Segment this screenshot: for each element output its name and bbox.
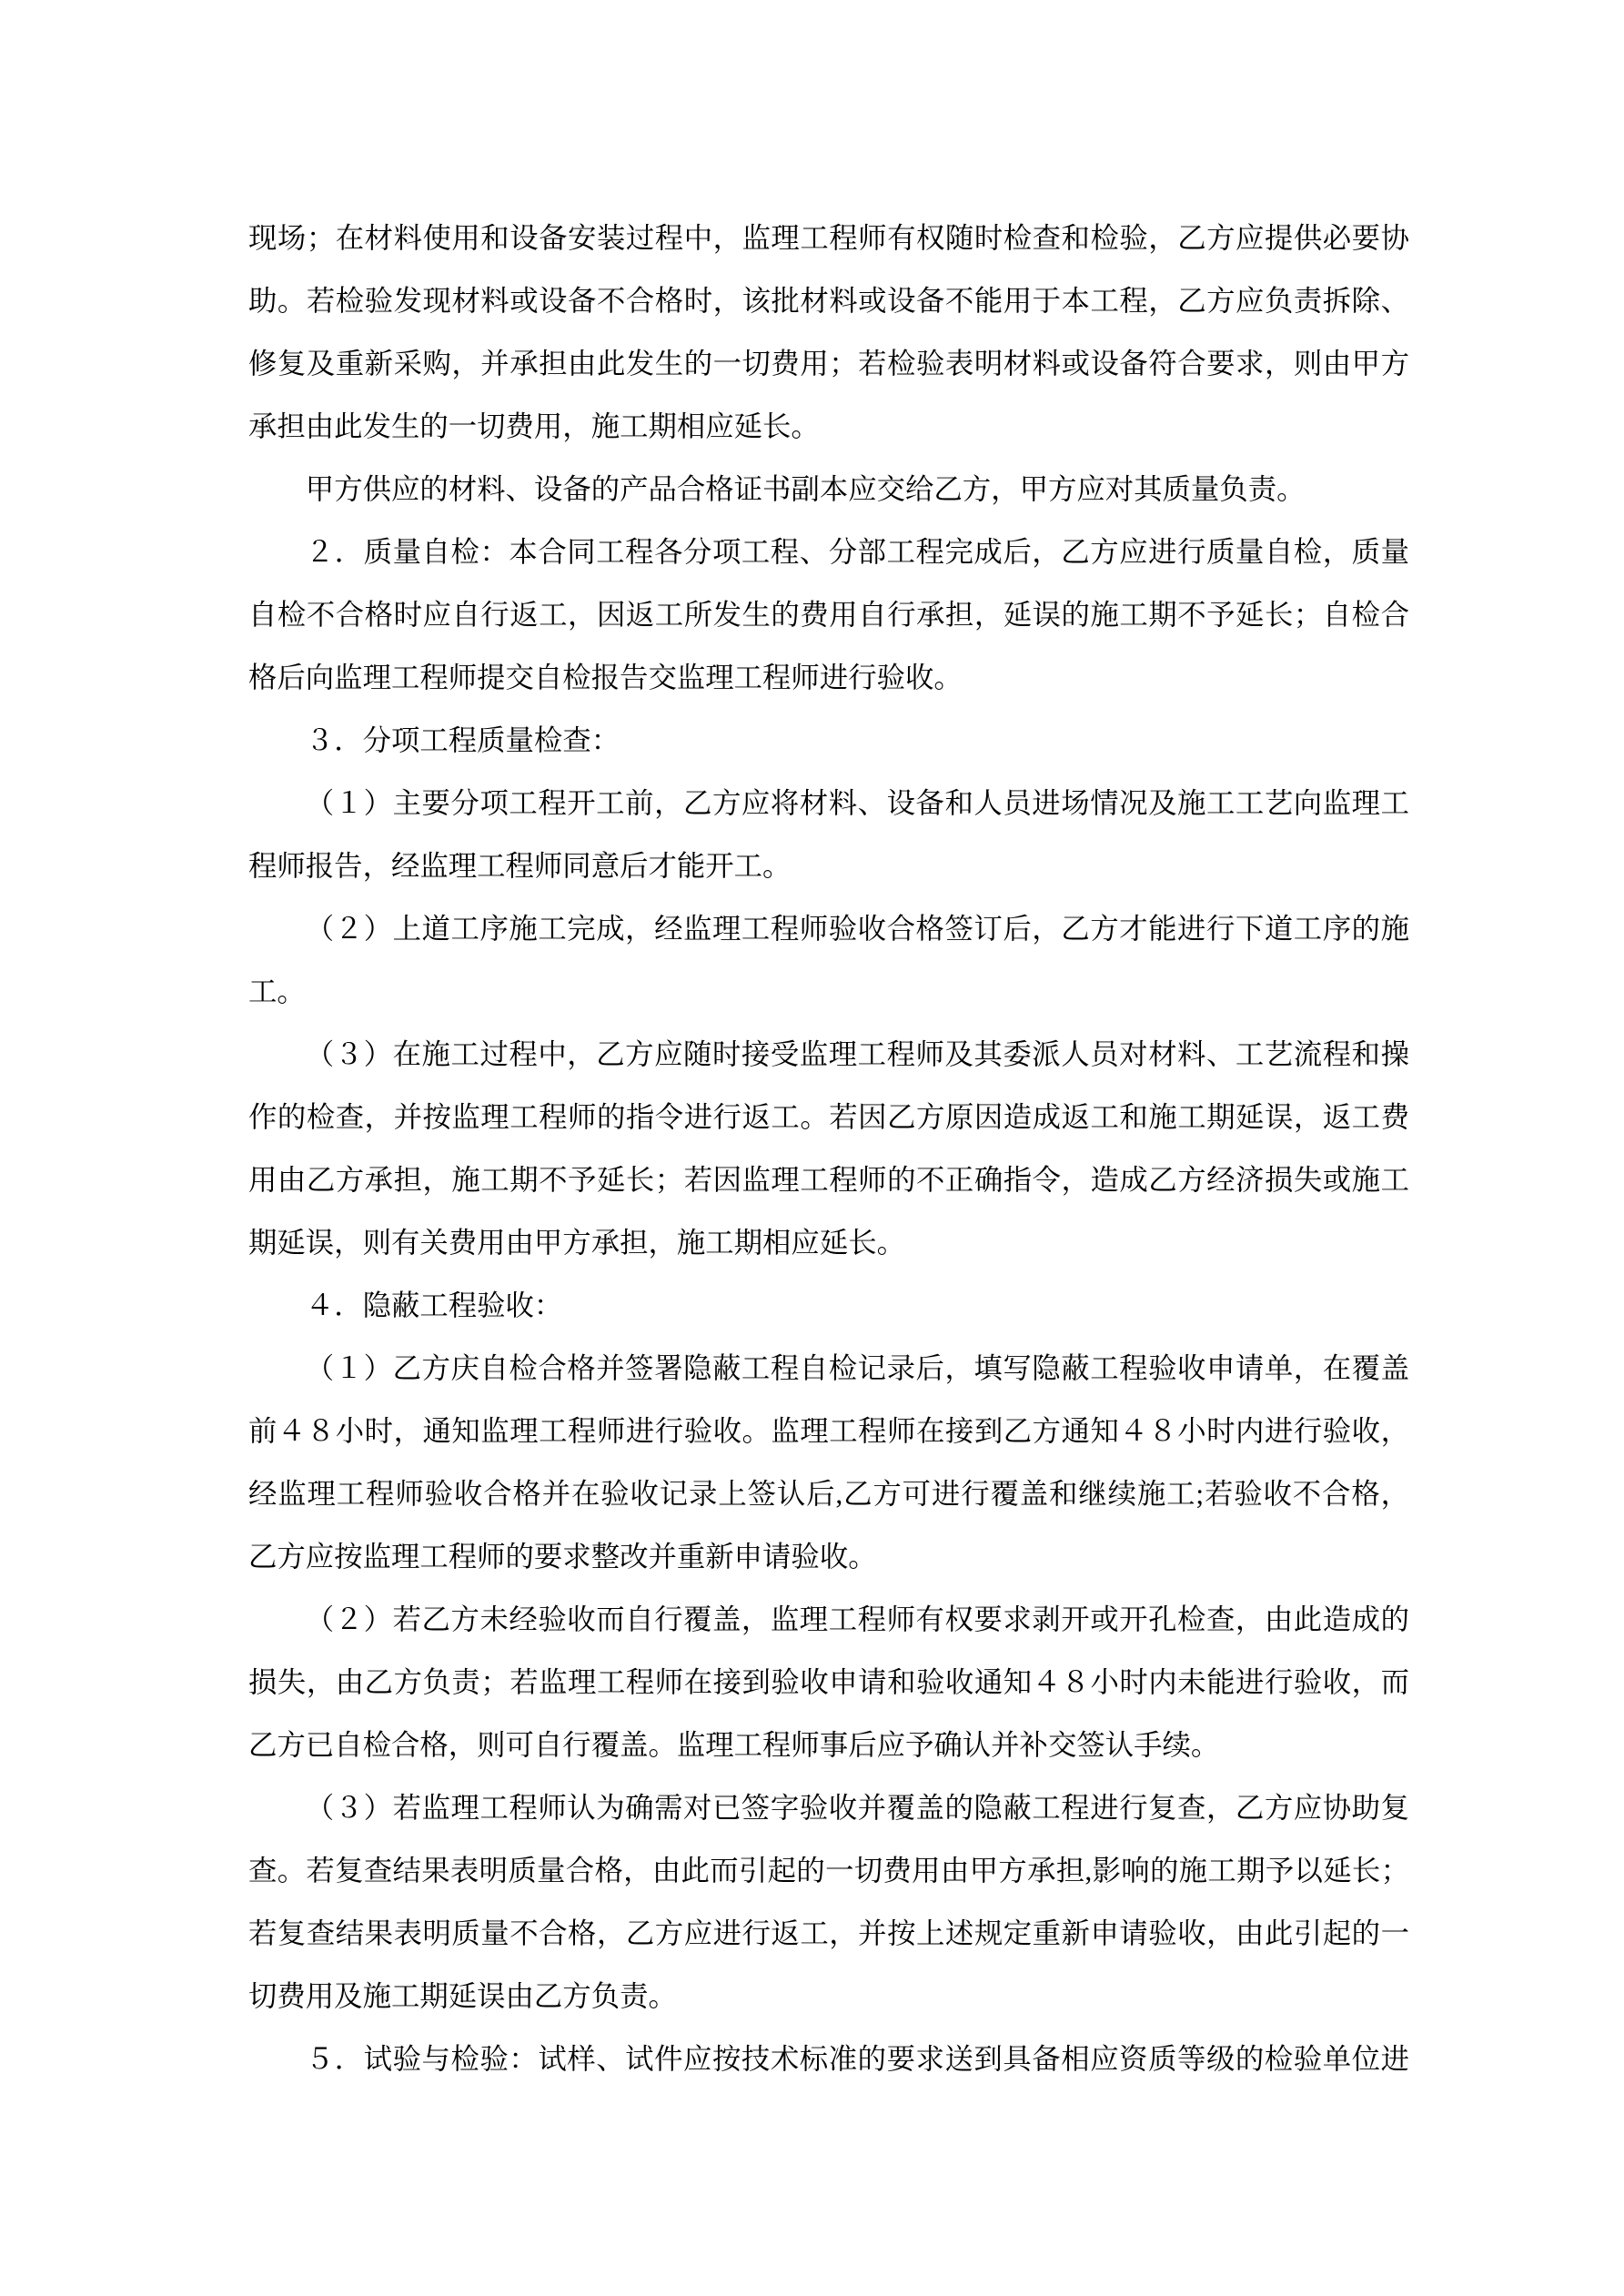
text-line: ２．质量自检：本合同工程各分项工程、分部工程完成后，乙方应进行质量自检，质量 [248,521,1409,583]
text-line: 查。若复查结果表明质量合格，由此而引起的一切费用由甲方承担,影响的施工期予以延长… [248,1839,1409,1902]
text-line: （３）若监理工程师认为确需对已签字验收并覆盖的隐蔽工程进行复查，乙方应协助复 [248,1776,1409,1839]
text-line: （２）若乙方未经验收而自行覆盖，监理工程师有权要求剥开或开孔检查，由此造成的 [248,1588,1409,1651]
text-line: （３）在施工过程中，乙方应随时接受监理工程师及其委派人员对材料、工艺流程和操 [248,1023,1409,1086]
text-line: 助。若检验发现材料或设备不合格时，该批材料或设备不能用于本工程，乙方应负责拆除、 [248,269,1409,332]
text-line: （２）上道工序施工完成，经监理工程师验收合格签订后，乙方才能进行下道工序的施 [248,897,1409,960]
text-line: 自检不合格时应自行返工，因返工所发生的费用自行承担，延误的施工期不予延长；自检合 [248,583,1409,646]
text-line: 切费用及施工期延误由乙方负责。 [248,1965,1409,2028]
text-line: ３．分项工程质量检查： [248,709,1409,772]
text-line: 格后向监理工程师提交自检报告交监理工程师进行验收。 [248,646,1409,709]
text-line: 用由乙方承担，施工期不予延长；若因监理工程师的不正确指令，造成乙方经济损失或施工 [248,1148,1409,1211]
text-line: 经监理工程师验收合格并在验收记录上签认后,乙方可进行覆盖和继续施工;若验收不合格… [248,1462,1409,1525]
text-line: （１）主要分项工程开工前，乙方应将材料、设备和人员进场情况及施工工艺向监理工 [248,772,1409,834]
contract-text: 现场；在材料使用和设备安装过程中，监理工程师有权随时检查和检验，乙方应提供必要协… [248,207,1409,2090]
text-line: 乙方已自检合格，则可自行覆盖。监理工程师事后应予确认并补交签认手续。 [248,1714,1409,1776]
text-line: 期延误，则有关费用由甲方承担，施工期相应延长。 [248,1211,1409,1274]
text-line: （１）乙方庆自检合格并签署隐蔽工程自检记录后，填写隐蔽工程验收申请单，在覆盖 [248,1337,1409,1400]
text-line: 承担由此发生的一切费用，施工期相应延长。 [248,395,1409,458]
document-page: 现场；在材料使用和设备安装过程中，监理工程师有权随时检查和检验，乙方应提供必要协… [0,0,1624,2296]
text-line: 程师报告，经监理工程师同意后才能开工。 [248,834,1409,897]
text-line: 修复及重新采购，并承担由此发生的一切费用；若检验表明材料或设备符合要求，则由甲方 [248,332,1409,395]
text-line: 现场；在材料使用和设备安装过程中，监理工程师有权随时检查和检验，乙方应提供必要协 [248,207,1409,269]
text-line: 作的检查，并按监理工程师的指令进行返工。若因乙方原因造成返工和施工期延误，返工费 [248,1086,1409,1148]
text-line: 损失，由乙方负责；若监理工程师在接到验收申请和验收通知４８小时内未能进行验收，而 [248,1651,1409,1714]
text-line: 若复查结果表明质量不合格，乙方应进行返工，并按上述规定重新申请验收，由此引起的一 [248,1902,1409,1965]
text-line: ４．隐蔽工程验收： [248,1274,1409,1337]
text-line: 工。 [248,960,1409,1023]
text-line: ５．试验与检验：试样、试件应按技术标准的要求送到具备相应资质等级的检验单位进 [248,2028,1409,2090]
text-line: 前４８小时，通知监理工程师进行验收。监理工程师在接到乙方通知４８小时内进行验收， [248,1400,1409,1462]
text-line: 乙方应按监理工程师的要求整改并重新申请验收。 [248,1525,1409,1588]
text-line: 甲方供应的材料、设备的产品合格证书副本应交给乙方，甲方应对其质量负责。 [248,458,1409,521]
